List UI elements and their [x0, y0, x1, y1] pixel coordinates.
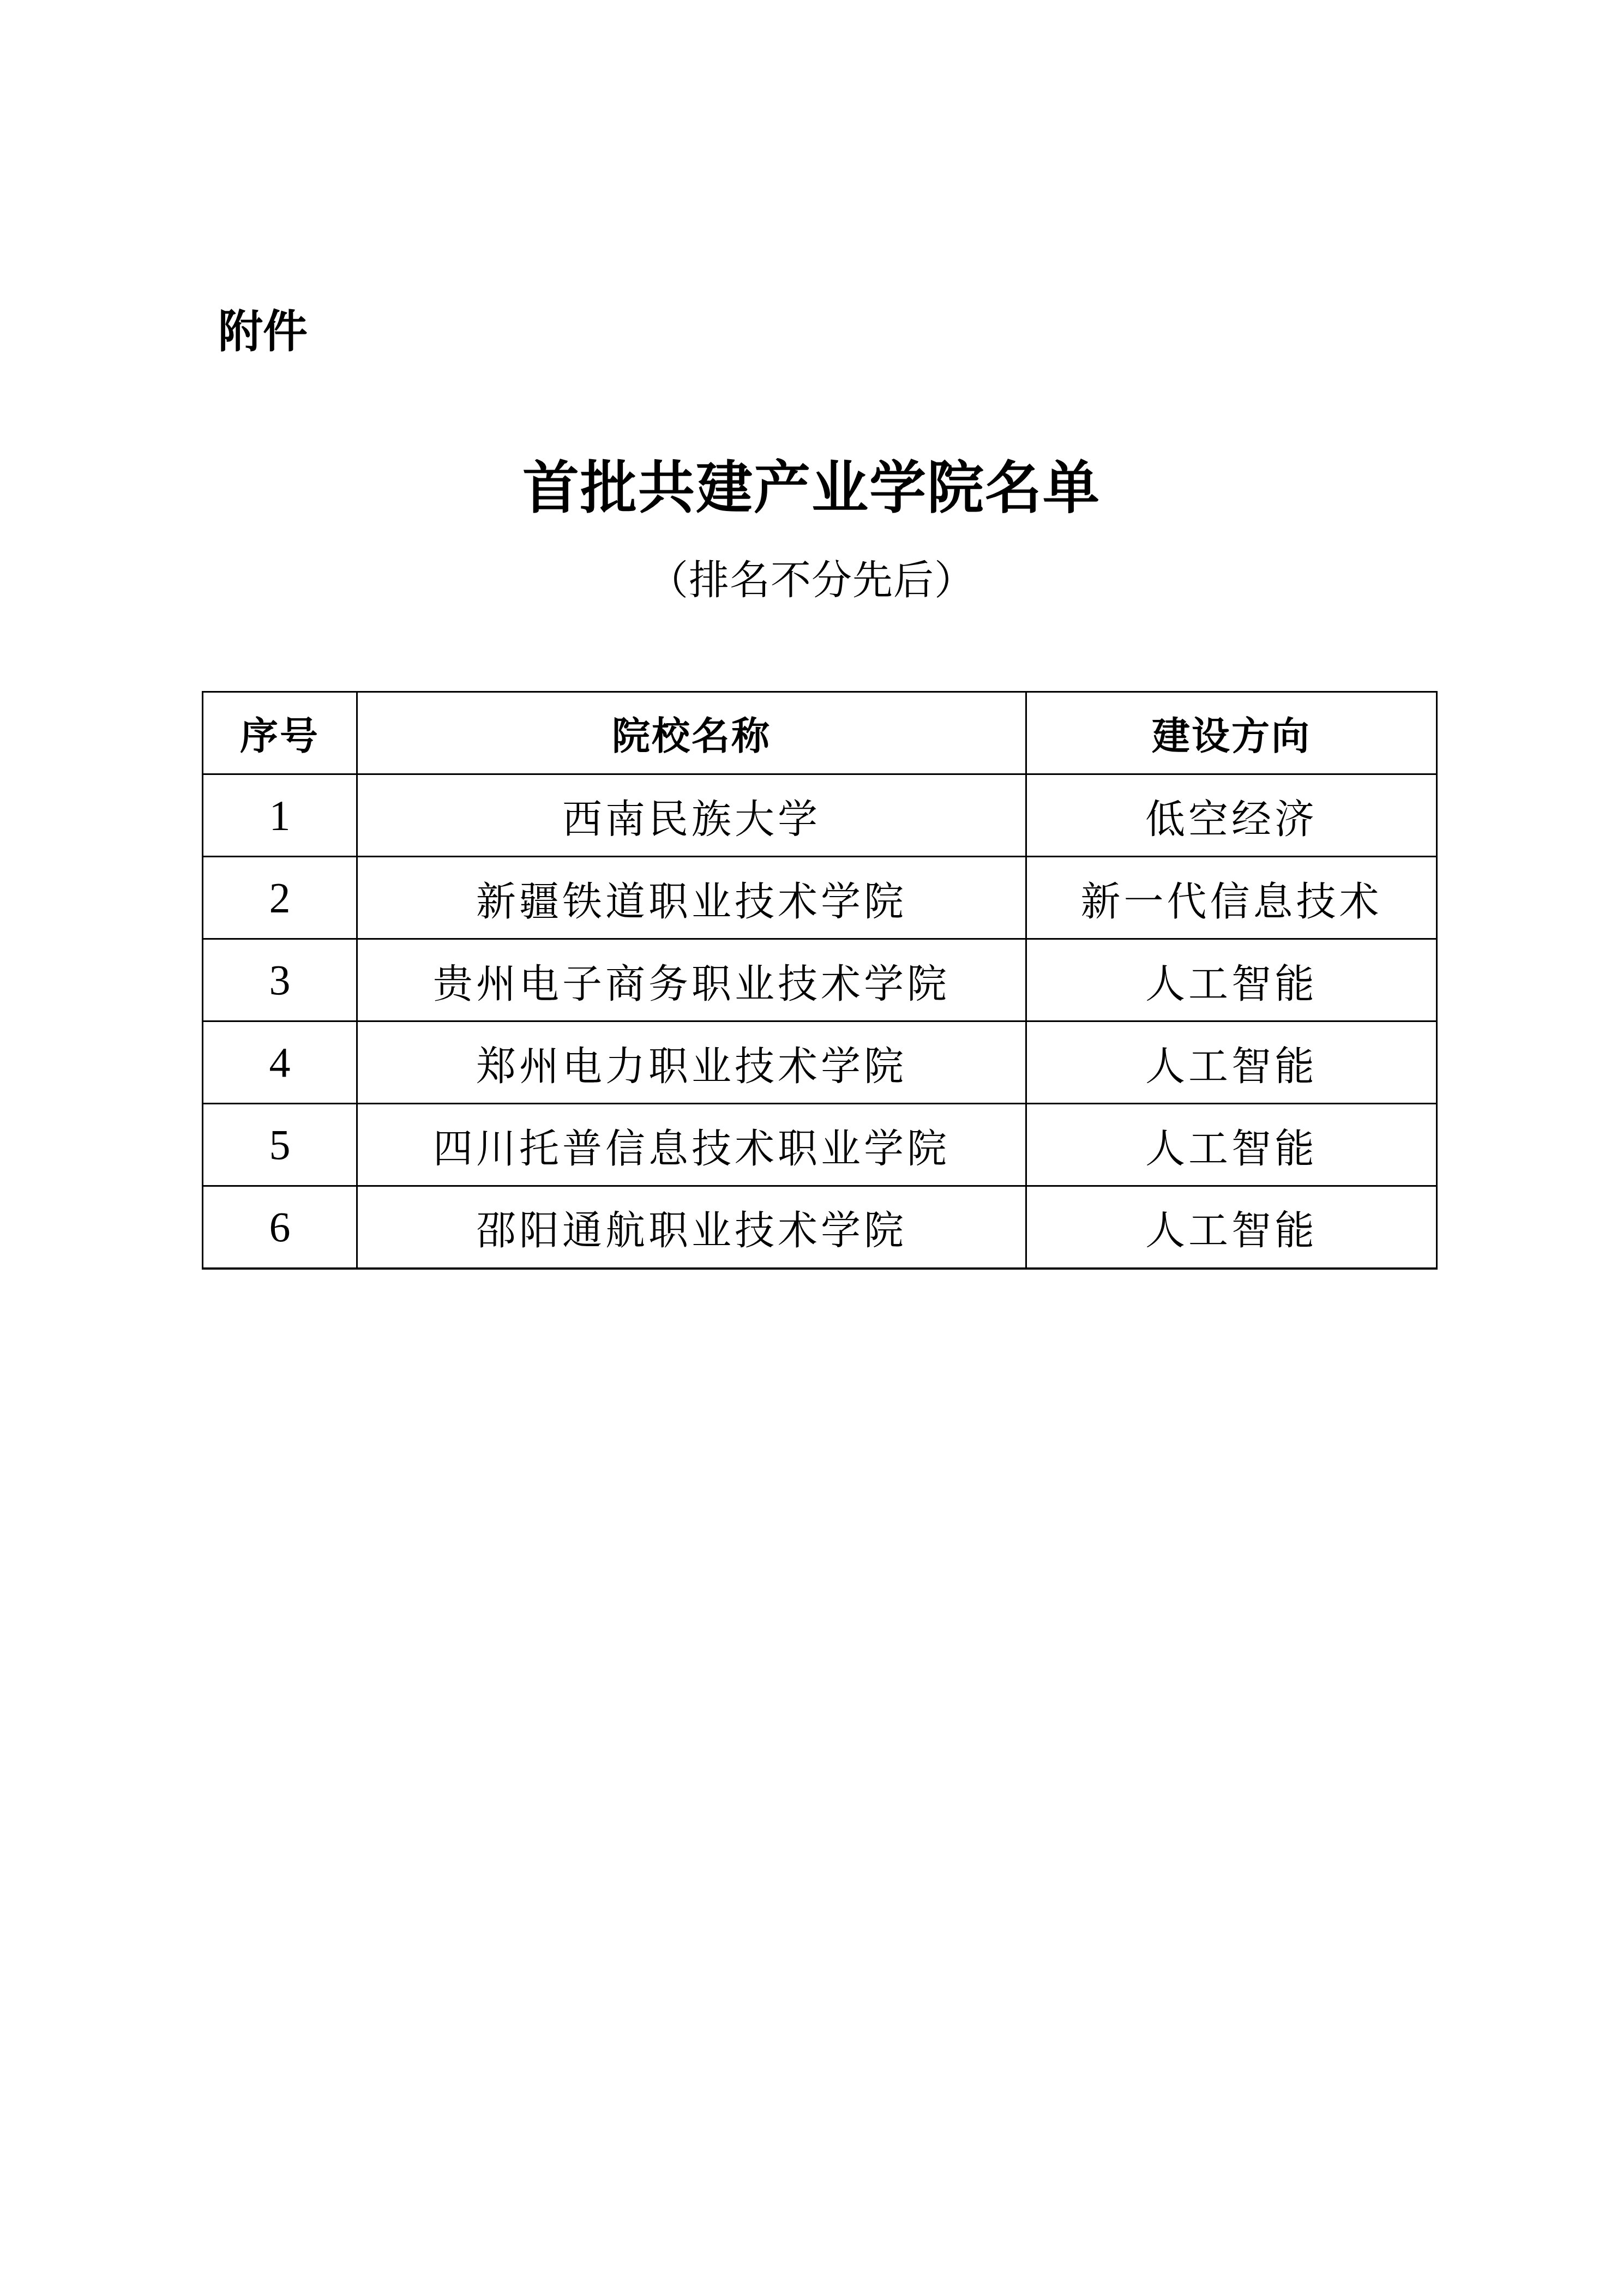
- cell-direction: 人工智能: [1026, 939, 1437, 1021]
- table-row: 2 新疆铁道职业技术学院 新一代信息技术: [203, 857, 1437, 939]
- table-row: 5 四川托普信息技术职业学院 人工智能: [203, 1104, 1437, 1186]
- attachment-label: 附件: [218, 309, 308, 356]
- cell-serial: 1: [203, 774, 357, 857]
- table-row: 1 西南民族大学 低空经济: [203, 774, 1437, 857]
- cell-serial: 2: [203, 857, 357, 939]
- table-row: 6 邵阳通航职业技术学院 人工智能: [203, 1186, 1437, 1269]
- col-header-serial: 序号: [203, 692, 357, 774]
- table-row: 4 郑州电力职业技术学院 人工智能: [203, 1021, 1437, 1104]
- cell-serial: 4: [203, 1021, 357, 1104]
- cell-serial: 5: [203, 1104, 357, 1186]
- cell-direction: 新一代信息技术: [1026, 857, 1437, 939]
- cell-direction: 低空经济: [1026, 774, 1437, 857]
- cell-school: 四川托普信息技术职业学院: [357, 1104, 1026, 1186]
- table-row: 3 贵州电子商务职业技术学院 人工智能: [203, 939, 1437, 1021]
- table-header-row: 序号 院校名称 建设方向: [203, 692, 1437, 774]
- cell-school: 新疆铁道职业技术学院: [357, 857, 1026, 939]
- cell-serial: 6: [203, 1186, 357, 1269]
- col-header-direction: 建设方向: [1026, 692, 1437, 774]
- cell-school: 邵阳通航职业技术学院: [357, 1186, 1026, 1269]
- document-page: 附件 首批共建产业学院名单 （排名不分先后） 序号 院校名称 建设方向 1 西南…: [0, 0, 1623, 2296]
- col-header-school-name: 院校名称: [357, 692, 1026, 774]
- colleges-table: 序号 院校名称 建设方向 1 西南民族大学 低空经济 2 新疆铁道职业技术学院 …: [202, 691, 1438, 1270]
- page-subtitle: （排名不分先后）: [0, 553, 1623, 610]
- cell-school: 西南民族大学: [357, 774, 1026, 857]
- cell-direction: 人工智能: [1026, 1104, 1437, 1186]
- cell-serial: 3: [203, 939, 357, 1021]
- cell-school: 贵州电子商务职业技术学院: [357, 939, 1026, 1021]
- cell-direction: 人工智能: [1026, 1186, 1437, 1269]
- cell-direction: 人工智能: [1026, 1021, 1437, 1104]
- page-title: 首批共建产业学院名单: [0, 458, 1623, 520]
- cell-school: 郑州电力职业技术学院: [357, 1021, 1026, 1104]
